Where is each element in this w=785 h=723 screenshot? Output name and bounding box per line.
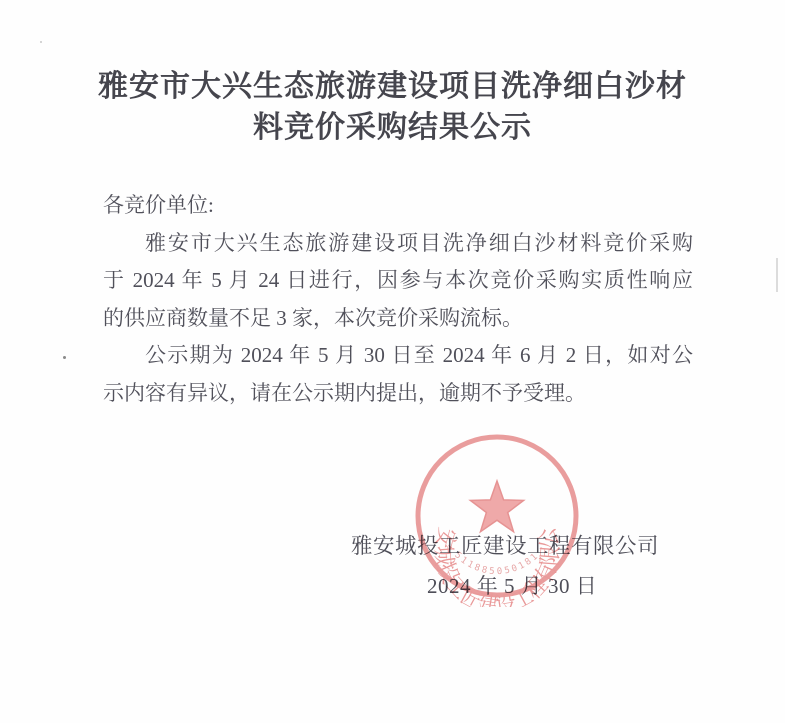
paragraph1-line3: 的供应商数量不足 3 家，本次竞价采购流标。 [103, 300, 693, 338]
title-line-1: 雅安市大兴生态旅游建设项目洗净细白沙材 [0, 66, 785, 107]
scan-edge-artifact [776, 258, 778, 292]
title-line-2: 料竞价采购结果公示 [0, 107, 785, 148]
scan-speck [63, 356, 66, 359]
signature-date: 2024 年 5 月 30 日 [427, 570, 597, 600]
document-body: 各竞价单位: 雅安市大兴生态旅游建设项目洗净细白沙材料竞价采购 于 2024 年… [103, 187, 693, 413]
signature-company-name: 雅安城投工匠建设工程有限公司 [351, 529, 659, 560]
document-page: 雅安市大兴生态旅游建设项目洗净细白沙材 料竞价采购结果公示 各竞价单位: 雅安市… [0, 0, 785, 723]
paragraph1-line1: 雅安市大兴生态旅游建设项目洗净细白沙材料竞价采购 [103, 225, 693, 263]
paragraph2-line1: 公示期为 2024 年 5 月 30 日至 2024 年 6 月 2 日，如对公 [103, 337, 693, 375]
paragraph1-line2: 于 2024 年 5 月 24 日进行，因参与本次竞价采购实质性响应 [103, 262, 693, 300]
document-title: 雅安市大兴生态旅游建设项目洗净细白沙材 料竞价采购结果公示 [0, 66, 785, 148]
seal-star-icon [470, 481, 523, 532]
salutation-line: 各竞价单位: [103, 187, 693, 225]
scan-speck [40, 41, 42, 43]
paragraph2-line2: 示内容有异议，请在公示期内提出，逾期不予受理。 [103, 375, 693, 413]
